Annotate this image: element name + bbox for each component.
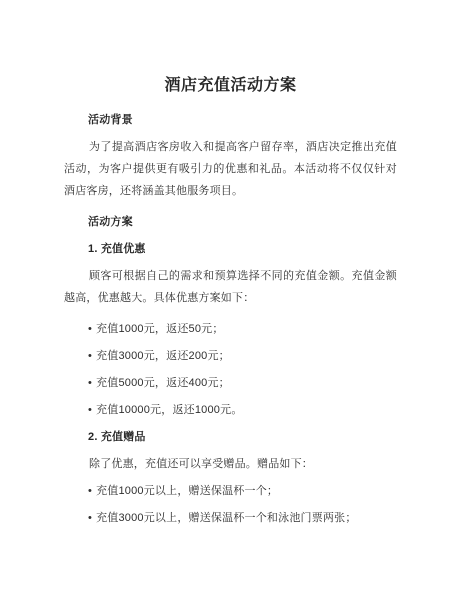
section1-bullet-list: •充值1000元，返还50元； •充值3000元，返还200元； •充值5000… [64, 318, 397, 421]
list-item-text: 充值10000元，返还1000元。 [96, 404, 242, 416]
list-item-text: 充值1000元以上，赠送保温杯一个； [96, 485, 278, 497]
bullet-icon: • [88, 318, 92, 340]
background-heading: 活动背景 [64, 109, 397, 131]
list-item-text: 充值5000元，返还400元； [96, 377, 230, 389]
plan-heading: 活动方案 [64, 211, 397, 233]
section1-heading: 1. 充值优惠 [64, 238, 397, 260]
list-item: •充值5000元，返还400元； [64, 372, 397, 394]
list-item-text: 充值1000元，返还50元； [96, 323, 224, 335]
list-item: •充值3000元以上，赠送保温杯一个和泳池门票两张； [64, 507, 397, 529]
list-item: •充值3000元，返还200元； [64, 345, 397, 367]
list-item: •充值1000元，返还50元； [64, 318, 397, 340]
bullet-icon: • [88, 480, 92, 502]
list-item-text: 充值3000元，返还200元； [96, 350, 230, 362]
list-item: •充值1000元以上，赠送保温杯一个； [64, 480, 397, 502]
section2-heading: 2. 充值赠品 [64, 426, 397, 448]
section1-paragraph: 顾客可根据自己的需求和预算选择不同的充值金额。充值金额越高，优惠越大。具体优惠方… [64, 265, 397, 309]
list-item-text: 充值3000元以上，赠送保温杯一个和泳池门票两张； [96, 512, 356, 524]
bullet-icon: • [88, 507, 92, 529]
section2-paragraph: 除了优惠，充值还可以享受赠品。赠品如下： [64, 453, 397, 475]
bullet-icon: • [88, 372, 92, 394]
section2-bullet-list: •充值1000元以上，赠送保温杯一个； •充值3000元以上，赠送保温杯一个和泳… [64, 480, 397, 529]
document-title: 酒店充值活动方案 [64, 74, 397, 98]
background-paragraph: 为了提高酒店客房收入和提高客户留存率，酒店决定推出充值活动，为客户提供更有吸引力… [64, 136, 397, 202]
bullet-icon: • [88, 399, 92, 421]
bullet-icon: • [88, 345, 92, 367]
list-item: •充值10000元，返还1000元。 [64, 399, 397, 421]
document-page: 酒店充值活动方案 活动背景 为了提高酒店客房收入和提高客户留存率，酒店决定推出充… [0, 0, 463, 600]
